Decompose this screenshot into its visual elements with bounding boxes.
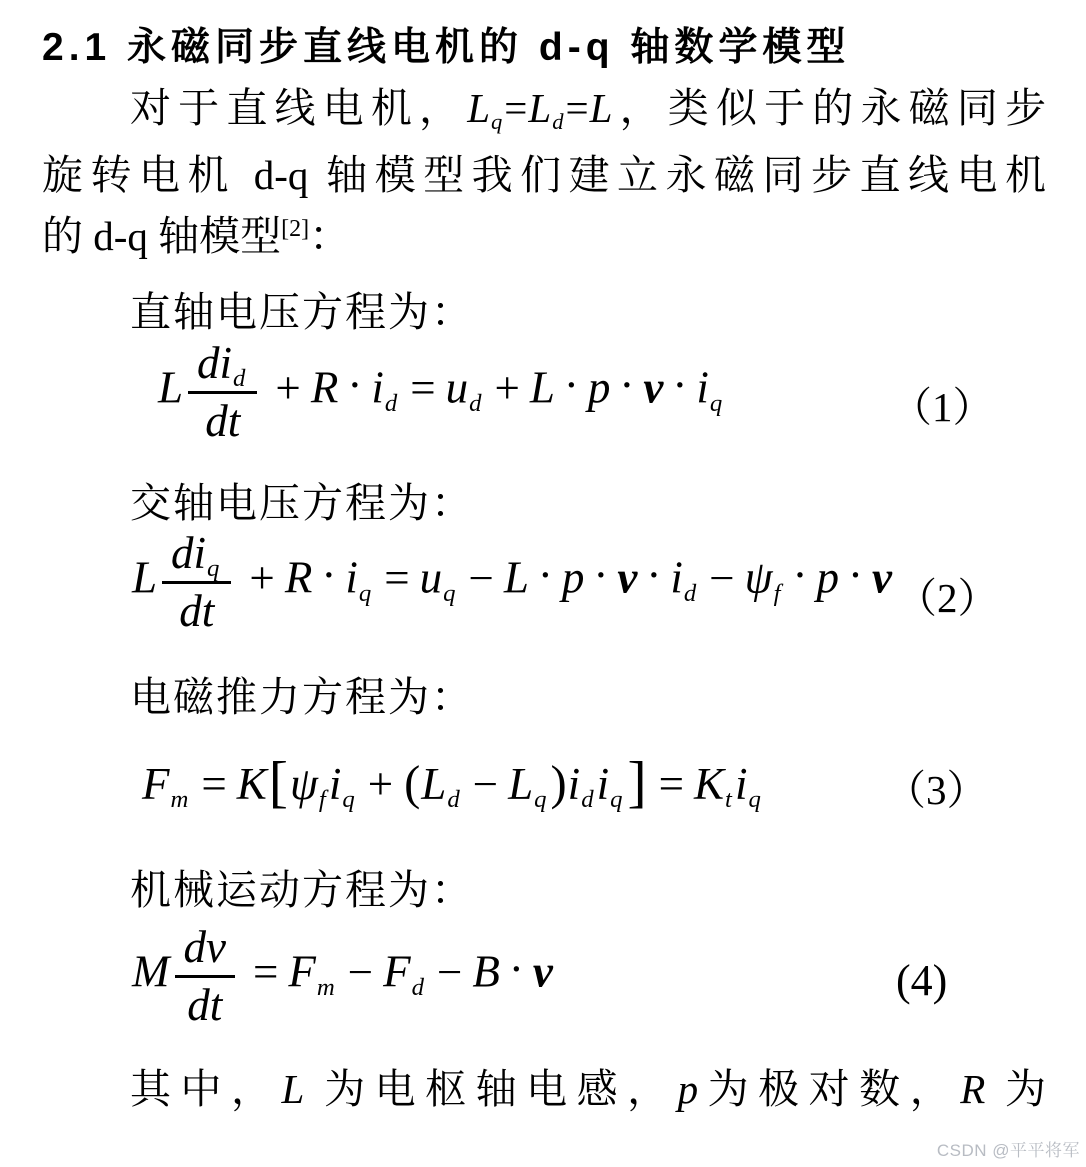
- math-op: +: [275, 363, 300, 413]
- math-var: M: [132, 947, 170, 997]
- math-var: di: [197, 338, 232, 388]
- math-sub: q: [207, 555, 219, 582]
- math-var: R: [285, 553, 313, 603]
- math-op: =: [201, 759, 226, 809]
- closing-text-1: 其中，: [130, 1066, 282, 1112]
- math-dot: ·: [646, 550, 661, 600]
- section-heading: 2.1 永磁同步直线电机的 d-q 轴数学模型: [42, 16, 850, 72]
- math-sub: t: [725, 786, 732, 813]
- intro-text-2: ，类似于的永磁同步: [612, 85, 1046, 131]
- math-dot: ·: [509, 944, 524, 994]
- math-var: K: [237, 759, 267, 809]
- math-dot: ·: [672, 360, 687, 410]
- math-var: i: [371, 363, 384, 413]
- math-var: i: [329, 759, 342, 809]
- math-var: L: [421, 759, 446, 809]
- math-sub: q: [491, 109, 502, 134]
- math-var: ψ: [290, 759, 318, 809]
- math-paren: ): [550, 756, 566, 810]
- equation-label-2: 交轴电压方程为：: [130, 470, 474, 529]
- math-sub: q: [610, 786, 622, 813]
- math-dot: ·: [848, 550, 863, 600]
- inline-math-inductance: Lq=Ld=L: [467, 85, 612, 131]
- equation-number-3: （3）: [885, 757, 988, 816]
- intro-line-2: 旋转电机 d-q 轴模型我们建立永磁同步直线电机: [42, 145, 1046, 206]
- math-var: L: [132, 553, 157, 603]
- equation-number-2: （2）: [896, 565, 999, 624]
- math-op: =: [504, 85, 527, 131]
- intro-line-1: 对于直线电机，Lq=Ld=L，类似于的永磁同步: [42, 78, 1046, 145]
- math-fraction: dvdt: [175, 922, 235, 1031]
- math-varb: v: [872, 553, 892, 603]
- math-dot: ·: [538, 550, 553, 600]
- math-sub: q: [710, 390, 722, 417]
- math-op: −: [709, 553, 734, 603]
- math-sub: m: [171, 786, 189, 813]
- math-var: L: [158, 363, 183, 413]
- equation-number-4: (4): [896, 955, 947, 1006]
- math-var: dv: [184, 922, 226, 972]
- math-sub: f: [774, 580, 781, 607]
- math-sub: d: [412, 974, 424, 1001]
- equation-label-4: 机械运动方程为：: [130, 857, 474, 916]
- math-var: p: [588, 363, 611, 413]
- math-var: i: [670, 553, 683, 603]
- math-op: −: [348, 947, 373, 997]
- math-sub: q: [342, 786, 354, 813]
- fraction-numerator: dv: [175, 922, 235, 978]
- math-op: =: [384, 553, 409, 603]
- equation-3: Fm=K[ψfiq+(Ld−Lq)idiq]=Ktiq: [142, 748, 764, 813]
- closing-text-3: 为极对数，: [698, 1066, 960, 1112]
- intro-line-3: 的 d-q 轴模型[2]：: [42, 206, 1046, 274]
- math-sub: q: [443, 580, 455, 607]
- document-page: 2.1 永磁同步直线电机的 d-q 轴数学模型 对于直线电机，Lq=Ld=L，类…: [0, 0, 1086, 1167]
- equation-1: Ldiddt+R·id=ud+L·p·v·iq: [158, 338, 725, 447]
- closing-var-R: R: [960, 1066, 985, 1112]
- math-sub: q: [359, 580, 371, 607]
- math-fraction: diddt: [188, 338, 257, 447]
- equation-4: Mdvdt=Fm−Fd−B·v: [132, 922, 553, 1031]
- equation-label-1: 直轴电压方程为：: [130, 279, 474, 338]
- math-op: +: [494, 363, 519, 413]
- math-var: K: [694, 759, 724, 809]
- math-sub: d: [581, 786, 593, 813]
- math-br: ]: [627, 751, 646, 814]
- math-sub: d: [233, 365, 245, 392]
- intro-colon: ：: [309, 213, 350, 259]
- math-var: di: [171, 528, 206, 578]
- math-fraction: diqdt: [162, 528, 231, 637]
- fraction-numerator: diq: [162, 528, 231, 584]
- math-sub: f: [319, 786, 326, 813]
- math-sub: d: [552, 109, 563, 134]
- fraction-numerator: did: [188, 338, 257, 394]
- math-sub: m: [317, 974, 335, 1001]
- math-varb: v: [643, 363, 663, 413]
- math-var: L: [504, 553, 529, 603]
- math-var: F: [383, 947, 411, 997]
- math-sub: d: [469, 390, 481, 417]
- math-var: i: [696, 363, 709, 413]
- intro-text-3: 的 d-q 轴模型: [42, 213, 281, 259]
- math-dot: ·: [793, 550, 808, 600]
- math-dot: ·: [564, 360, 579, 410]
- math-varb: v: [533, 947, 553, 997]
- math-var: L: [528, 85, 551, 131]
- math-sub: q: [534, 786, 546, 813]
- math-var: p: [817, 553, 840, 603]
- intro-text-1: 对于直线电机，: [130, 85, 467, 131]
- closing-var-p: p: [678, 1066, 699, 1112]
- closing-text-2: 为电枢轴电感，: [304, 1066, 677, 1112]
- math-varb: v: [617, 553, 637, 603]
- math-op: =: [566, 85, 589, 131]
- math-op: +: [249, 553, 274, 603]
- math-var: R: [311, 363, 339, 413]
- intro-paragraph: 对于直线电机，Lq=Ld=L，类似于的永磁同步 旋转电机 d-q 轴模型我们建立…: [42, 78, 1046, 274]
- math-op: =: [659, 759, 684, 809]
- math-var: L: [467, 85, 490, 131]
- math-var: F: [288, 947, 316, 997]
- math-op: =: [253, 947, 278, 997]
- equation-label-3: 电磁推力方程为：: [130, 664, 474, 723]
- math-var: u: [446, 363, 469, 413]
- math-var: dt: [205, 396, 240, 446]
- math-br: [: [269, 751, 288, 814]
- math-var: u: [420, 553, 443, 603]
- math-paren: (: [404, 756, 420, 810]
- math-sub: q: [748, 786, 760, 813]
- math-var: i: [345, 553, 358, 603]
- equation-number-1: （1）: [891, 374, 994, 433]
- math-op: =: [410, 363, 435, 413]
- closing-var-L: L: [282, 1066, 305, 1112]
- math-var: i: [568, 759, 581, 809]
- reference-marker: [2]: [281, 216, 309, 242]
- math-op: −: [437, 947, 462, 997]
- math-var: dt: [179, 586, 214, 636]
- closing-line: 其中，L 为电枢轴电感，p为极对数，R 为: [130, 1056, 1046, 1115]
- math-sub: d: [385, 390, 397, 417]
- math-dot: ·: [347, 360, 362, 410]
- fraction-denominator: dt: [187, 978, 222, 1030]
- math-op: −: [468, 553, 493, 603]
- math-var: L: [508, 759, 533, 809]
- math-op: −: [473, 759, 498, 809]
- math-var: i: [735, 759, 748, 809]
- fraction-denominator: dt: [179, 584, 214, 636]
- math-dot: ·: [619, 360, 634, 410]
- math-var: L: [590, 85, 613, 131]
- math-sub: d: [684, 580, 696, 607]
- math-var: L: [530, 363, 555, 413]
- math-dot: ·: [321, 550, 336, 600]
- math-var: ψ: [745, 553, 773, 603]
- math-sub: d: [447, 786, 459, 813]
- math-dot: ·: [593, 550, 608, 600]
- math-var: p: [562, 553, 585, 603]
- equation-2: Ldiqdt+R·iq=uq−L·p·v·id−ψf·p·v: [132, 528, 892, 637]
- math-var: i: [597, 759, 610, 809]
- math-op: +: [368, 759, 393, 809]
- fraction-denominator: dt: [205, 394, 240, 446]
- math-var: dt: [187, 980, 222, 1030]
- math-var: B: [472, 947, 500, 997]
- closing-text-4: 为: [985, 1066, 1046, 1112]
- watermark: CSDN @平平将军: [937, 1136, 1080, 1161]
- math-var: F: [142, 759, 170, 809]
